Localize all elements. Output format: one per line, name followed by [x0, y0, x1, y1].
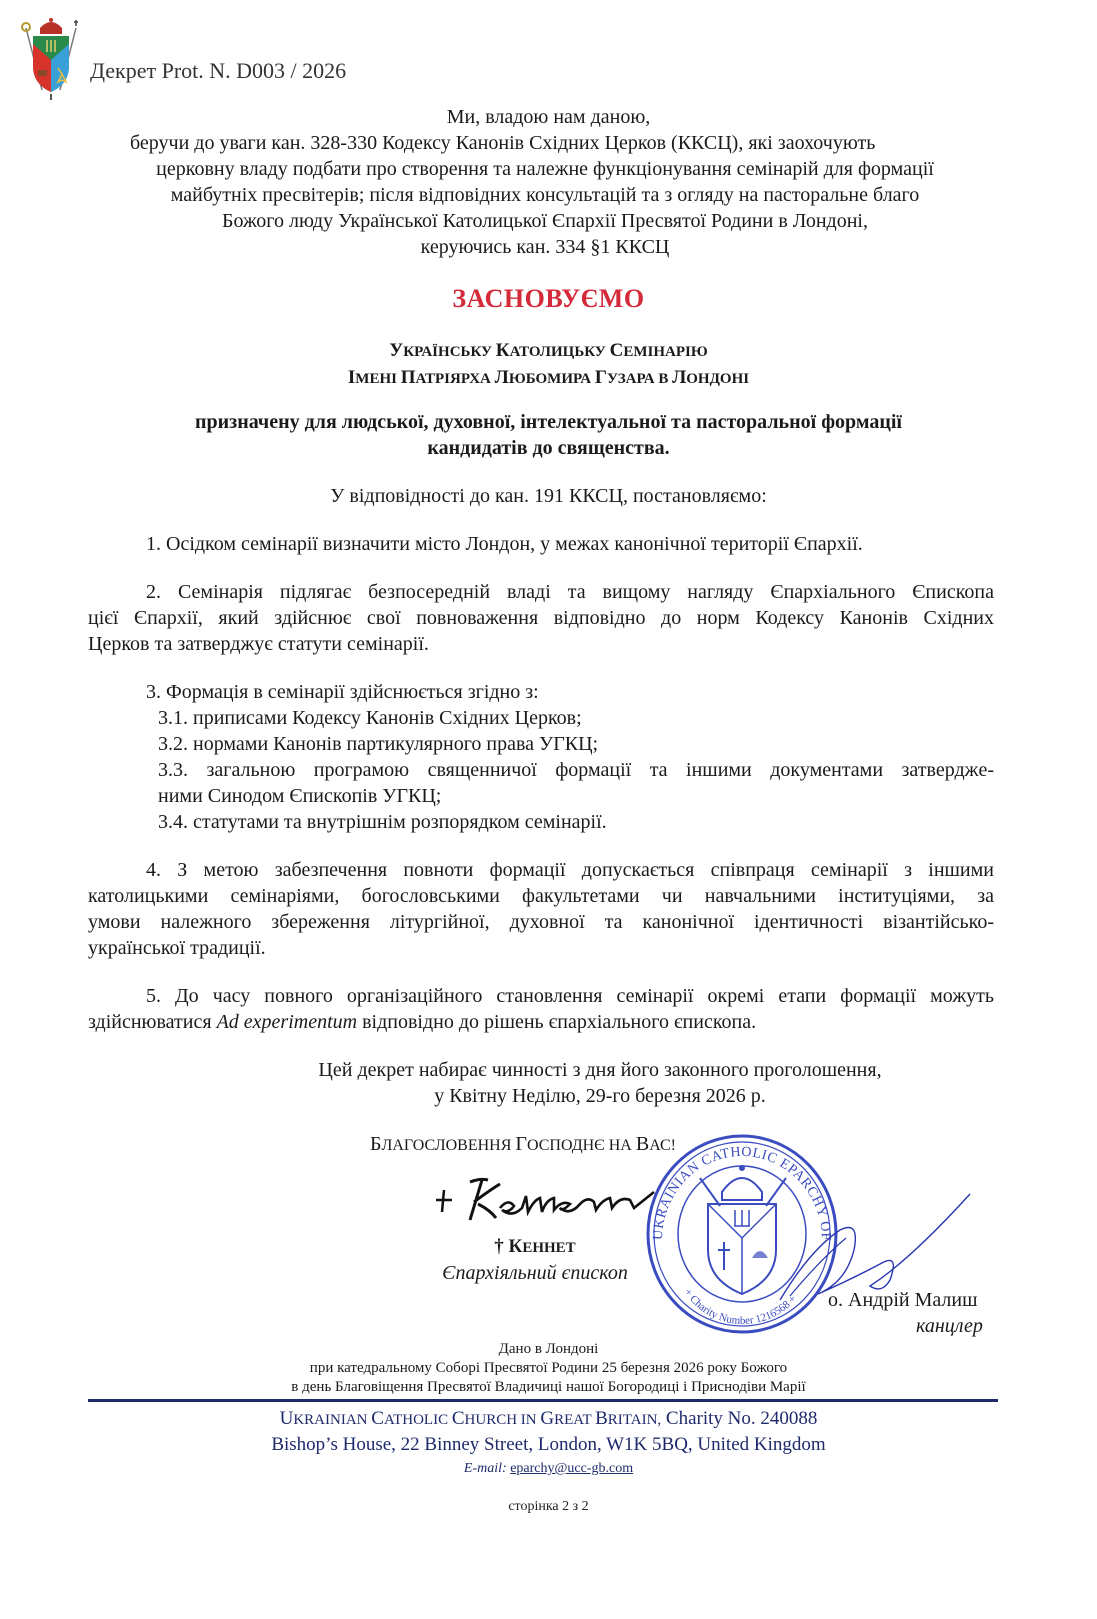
article-4-line-2: католицькими семінаріями, богословськими… — [88, 883, 994, 909]
given-line-3: в день Благовіщення Пресвятої Владичиці … — [0, 1377, 1097, 1398]
footer-rule — [88, 1399, 998, 1402]
page-number: сторінка 2 з 2 — [0, 1497, 1097, 1517]
coat-of-arms-icon — [18, 14, 84, 102]
purpose-line-2: кандидатів до священства. — [0, 435, 1097, 461]
bishop-signature — [430, 1160, 670, 1230]
handwritten-signature-icon — [430, 1160, 670, 1230]
article-2-line-3: Церков та затверджує статути семінарії. — [88, 631, 429, 657]
preamble-line-5: Божого люду Української Католицької Єпар… — [90, 208, 1000, 234]
article-4-line-1: 4. З метою забезпечення повноти формації… — [146, 857, 994, 883]
purpose-line-1: призначену для людської, духовної, інтел… — [0, 409, 1097, 435]
preamble-line-3: церковну владу подбати про створення та … — [90, 156, 1000, 182]
article-3-heading: 3. Формація в семінарії здійснюється згі… — [146, 679, 539, 705]
bishop-name: † КЕННЕТ — [410, 1235, 660, 1260]
email-link[interactable]: eparchy@ucc-gb.com — [510, 1461, 633, 1476]
footer-organization: UKRAINIAN CATHOLIC CHURCH IN GREAT BRITA… — [0, 1406, 1097, 1433]
article-2-line-1: 2. Семінарія підлягає безпосередній влад… — [146, 579, 994, 605]
article-3-item-4: 3.4. статутами та внутрішнім розпорядком… — [158, 809, 607, 835]
given-line-1: Дано в Лондоні — [0, 1339, 1097, 1360]
email-label: E-mail: — [464, 1461, 507, 1476]
article-3-item-3: 3.3. загальною програмою священничої фор… — [158, 757, 994, 783]
effective-line-2: у Квітну Неділю, 29-го березня 2026 р. — [140, 1083, 1060, 1109]
preamble-line-6: керуючись кан. 334 §1 ККСЦ — [90, 234, 1000, 260]
seminary-name-line-2: ІМЕНІ ПАТРІЯРХА ЛЮБОМИРА ГУЗАРА В ЛОНДОН… — [0, 365, 1097, 392]
eparchy-logo — [18, 14, 84, 102]
article-5-line-2: здійснюватися Ad experimentum відповідно… — [88, 1009, 756, 1035]
chancellor-name: о. Андрій Малиш — [828, 1287, 978, 1313]
article-2-line-2: цієї Єпархії, який здійснює свої повнова… — [88, 605, 994, 631]
decree-intro: У відповідності до кан. 191 ККСЦ, постан… — [0, 483, 1097, 509]
preamble-line-4: майбутніх пресвітерів; після відповідних… — [90, 182, 1000, 208]
article-1: 1. Осідком семінарії визначити місто Лон… — [146, 531, 863, 557]
ad-experimentum: Ad experimentum — [217, 1011, 358, 1033]
decree-number: Декрет Prot. N. D003 / 2026 — [90, 58, 346, 84]
article-4-line-3: умови належного збереження літургійної, … — [88, 909, 994, 935]
establish-heading: ЗАСНОВУЄМО — [0, 284, 1097, 314]
article-5-line-1: 5. До часу повного організаційного стано… — [146, 983, 994, 1009]
preamble-line-1: Ми, владою нам даною, — [0, 104, 1097, 130]
footer-address: Bishop’s House, 22 Binney Street, London… — [0, 1432, 1097, 1458]
article-3-item-1: 3.1. приписами Кодексу Канонів Східних Ц… — [158, 705, 582, 731]
seminary-name-line-1: УКРАЇНСЬКУ КАТОЛИЦЬКУ СЕМІНАРІЮ — [0, 338, 1097, 365]
article-4-line-4: української традиції. — [88, 935, 266, 961]
preamble-line-2: беручи до уваги кан. 328-330 Кодексу Кан… — [130, 130, 990, 156]
given-line-2: при катедральному Соборі Пресвятої Родин… — [0, 1358, 1097, 1379]
bishop-title: Єпархіяльний єпископ — [410, 1261, 660, 1285]
chancellor-title: канцлер — [916, 1313, 983, 1339]
article-3-item-3-cont: ними Синодом Єпископів УГКЦ; — [158, 783, 441, 809]
footer-email-row: E-mail: eparchy@ucc-gb.com — [0, 1459, 1097, 1479]
effective-line-1: Цей декрет набирає чинності з дня його з… — [140, 1057, 1060, 1083]
article-3-item-2: 3.2. нормами Канонів партикулярного прав… — [158, 731, 598, 757]
blessing: БЛАГОСЛОВЕННЯ ГОСПОДНЄ НА ВАС! — [370, 1131, 676, 1159]
